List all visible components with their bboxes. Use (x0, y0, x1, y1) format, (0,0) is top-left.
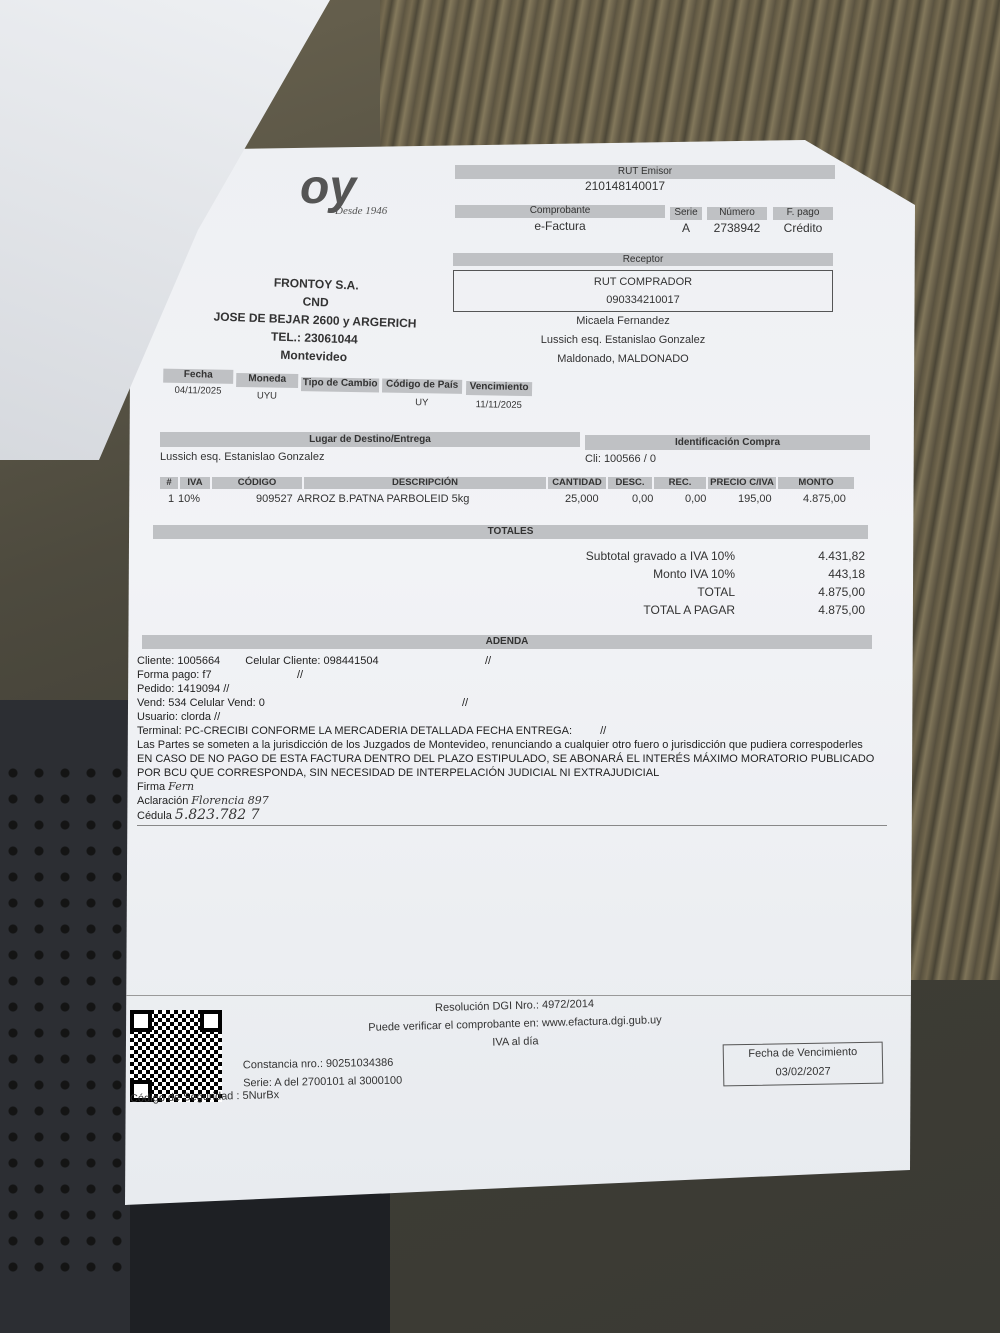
adenda-line: Terminal: PC-CRECIBI CONFORME LA MERCADE… (137, 724, 877, 738)
total-line-value: 4.875,00 (818, 601, 865, 619)
col-iva: IVA (180, 477, 210, 489)
row-descripcion: ARROZ B.PATNA PARBOLEID 5kg (297, 493, 469, 505)
receptor-address: Lussich esq. Estanislao Gonzalez (413, 331, 833, 350)
row-cantidad: 25,000 (565, 493, 599, 505)
rut-comprador-label: RUT COMPRADOR (454, 273, 832, 291)
total-line-value: 443,18 (828, 565, 865, 583)
row-num: 1 (168, 493, 174, 505)
receptor-city: Maldonado, MALDONADO (413, 350, 833, 369)
codigo-pais-value: UY (382, 397, 462, 409)
codigo-pais-label: Código de País (382, 379, 462, 394)
numero-label: Número (707, 207, 767, 220)
comprobante-value: e-Factura (455, 219, 665, 233)
lugar-label: Lugar de Destino/Entrega (160, 432, 580, 447)
col-desc: DESC. (608, 477, 652, 489)
separator: // (485, 654, 491, 668)
separator: // (462, 696, 468, 710)
divider (137, 825, 887, 826)
adenda-forma-pago: Forma pago: f7 (137, 669, 212, 681)
aclaracion-label: Aclaración (137, 795, 188, 807)
items-table: # IVA CÓDIGO DESCRIPCIÓN CANTIDAD DESC. … (160, 477, 860, 511)
total-line-label: TOTAL (697, 583, 735, 601)
cedula-label: Cédula (137, 810, 172, 822)
totals-block: Subtotal gravado a IVA 10%4.431,82 Monto… (545, 547, 865, 619)
numero-value: 2738942 (707, 221, 767, 235)
logo-tagline: Desde 1946 (335, 205, 387, 217)
total-line-label: Subtotal gravado a IVA 10% (586, 547, 735, 565)
vencimiento-value: 11/11/2025 (466, 399, 532, 411)
col-descripcion: DESCRIPCIÓN (304, 477, 546, 489)
firma-line: Firma Fern (137, 780, 877, 794)
codigo-seguridad: Código de Seguridad : 5NurBx (130, 1089, 279, 1105)
row-rec: 0,00 (685, 493, 706, 505)
separator: // (600, 725, 606, 737)
receptor-label: Receptor (453, 253, 833, 266)
comprobante-row: Comprobante e-Factura Serie A Número 273… (455, 205, 835, 235)
issuer-block: FRONTOY S.A. CND JOSE DE BEJAR 2600 y AR… (184, 270, 447, 369)
fecha-vencimiento-box: Fecha de Vencimiento 03/02/2027 (723, 1042, 884, 1087)
aclaracion-handwritten: Florencia 897 (191, 794, 268, 807)
col-precio: PRECIO C/IVA (708, 477, 776, 489)
ident-value: Cli: 100566 / 0 (585, 453, 656, 465)
qr-code (130, 1010, 222, 1102)
meta-row: Fecha 04/11/2025 Moneda UYU Tipo de Camb… (163, 369, 544, 416)
receptor-name: Micaela Fernandez (413, 312, 833, 331)
adenda-vend: Vend: 534 Celular Vend: 0 (137, 697, 265, 709)
vencimiento-label: Vencimiento (466, 381, 532, 396)
total-line-label: Monto IVA 10% (653, 565, 735, 583)
col-codigo: CÓDIGO (212, 477, 302, 489)
rut-emisor-value: 210148140017 (415, 179, 835, 193)
row-monto: 4.875,00 (803, 493, 846, 505)
col-monto: MONTO (778, 477, 854, 489)
adenda-terminal: Terminal: PC-CRECIBI CONFORME LA MERCADE… (137, 725, 572, 737)
footer-center: Resolución DGI Nro.: 4972/2014 Puede ver… (324, 992, 705, 1056)
separator: // (297, 668, 303, 682)
tipo-cambio-label: Tipo de Cambio (301, 377, 379, 392)
adenda-legal-jurisdiccion: Las Partes se someten a la jurisdicción … (137, 738, 877, 752)
company-logo: oy Desde 1946 (300, 160, 387, 217)
fpago-label: F. pago (773, 207, 833, 220)
moneda-value: UYU (236, 390, 298, 402)
adenda-legal-interes: EN CASO DE NO PAGO DE ESTA FACTURA DENTR… (137, 752, 877, 780)
adenda-usuario: Usuario: clorda // (137, 710, 877, 724)
serie-label: Serie (670, 207, 702, 220)
comprobante-label: Comprobante (455, 205, 665, 218)
firma-label: Firma (137, 781, 165, 793)
adenda-pedido: Pedido: 1419094 // (137, 682, 877, 696)
invoice-paper: oy Desde 1946 FRONTOY S.A. CND JOSE DE B… (125, 125, 915, 1205)
tray-texture (0, 760, 130, 1280)
cedula-line: Cédula 5.823.782 7 (137, 808, 877, 823)
adenda-line: Vend: 534 Celular Vend: 0 // (137, 696, 877, 710)
rut-emisor-label: RUT Emisor (455, 165, 835, 179)
serie-value: A (670, 221, 702, 235)
receptor-details: Micaela Fernandez Lussich esq. Estanisla… (413, 312, 833, 369)
cedula-handwritten: 5.823.782 7 (175, 807, 260, 823)
moneda-label: Moneda (236, 373, 298, 388)
total-line: TOTAL A PAGAR4.875,00 (545, 601, 865, 619)
col-cantidad: CANTIDAD (548, 477, 606, 489)
col-rec: REC. (654, 477, 706, 489)
rut-emisor-block: RUT Emisor 210148140017 (455, 165, 835, 193)
tray-edge (130, 1190, 390, 1333)
fecha-value: 04/11/2025 (163, 385, 233, 397)
rut-comprador-value: 090334210017 (454, 291, 832, 309)
totales-label: TOTALES (153, 525, 868, 539)
receptor-block: Receptor RUT COMPRADOR 090334210017 Mica… (453, 253, 833, 369)
items-header: # IVA CÓDIGO DESCRIPCIÓN CANTIDAD DESC. … (160, 477, 860, 489)
col-num: # (160, 477, 178, 489)
adenda-label: ADENDA (142, 635, 872, 649)
total-line: Monto IVA 10%443,18 (545, 565, 865, 583)
adenda-line: Cliente: 1005664 Celular Cliente: 098441… (137, 654, 877, 668)
adenda-celular: Celular Cliente: 098441504 (245, 655, 378, 667)
adenda-line: Forma pago: f7 // (137, 668, 877, 682)
total-line: Subtotal gravado a IVA 10%4.431,82 (545, 547, 865, 565)
adenda-block: Cliente: 1005664 Celular Cliente: 098441… (137, 654, 877, 826)
ident-label: Identificación Compra (585, 435, 870, 450)
rut-comprador-box: RUT COMPRADOR 090334210017 (453, 270, 833, 312)
fecha-vencimiento-value: 03/02/2027 (724, 1062, 882, 1084)
table-row: 1 10% 909527 ARROZ B.PATNA PARBOLEID 5kg… (160, 493, 860, 507)
lugar-value: Lussich esq. Estanislao Gonzalez (160, 451, 324, 463)
fpago-value: Crédito (773, 221, 833, 235)
footer-constancia: Constancia nro.: 90251034386 Serie: A de… (243, 1054, 403, 1093)
total-line-value: 4.431,82 (818, 547, 865, 565)
total-line-label: TOTAL A PAGAR (643, 601, 735, 619)
total-line: TOTAL4.875,00 (545, 583, 865, 601)
delivery-row: Lugar de Destino/Entrega Lussich esq. Es… (160, 432, 870, 468)
fecha-label: Fecha (163, 369, 233, 384)
firma-signature: Fern (168, 780, 194, 793)
row-codigo: 909527 (256, 493, 293, 505)
adenda-cliente: Cliente: 1005664 (137, 655, 220, 667)
aclaracion-line: Aclaración Florencia 897 (137, 794, 877, 808)
row-precio: 195,00 (738, 493, 772, 505)
row-iva: 10% (178, 493, 200, 505)
row-desc: 0,00 (632, 493, 653, 505)
total-line-value: 4.875,00 (818, 583, 865, 601)
